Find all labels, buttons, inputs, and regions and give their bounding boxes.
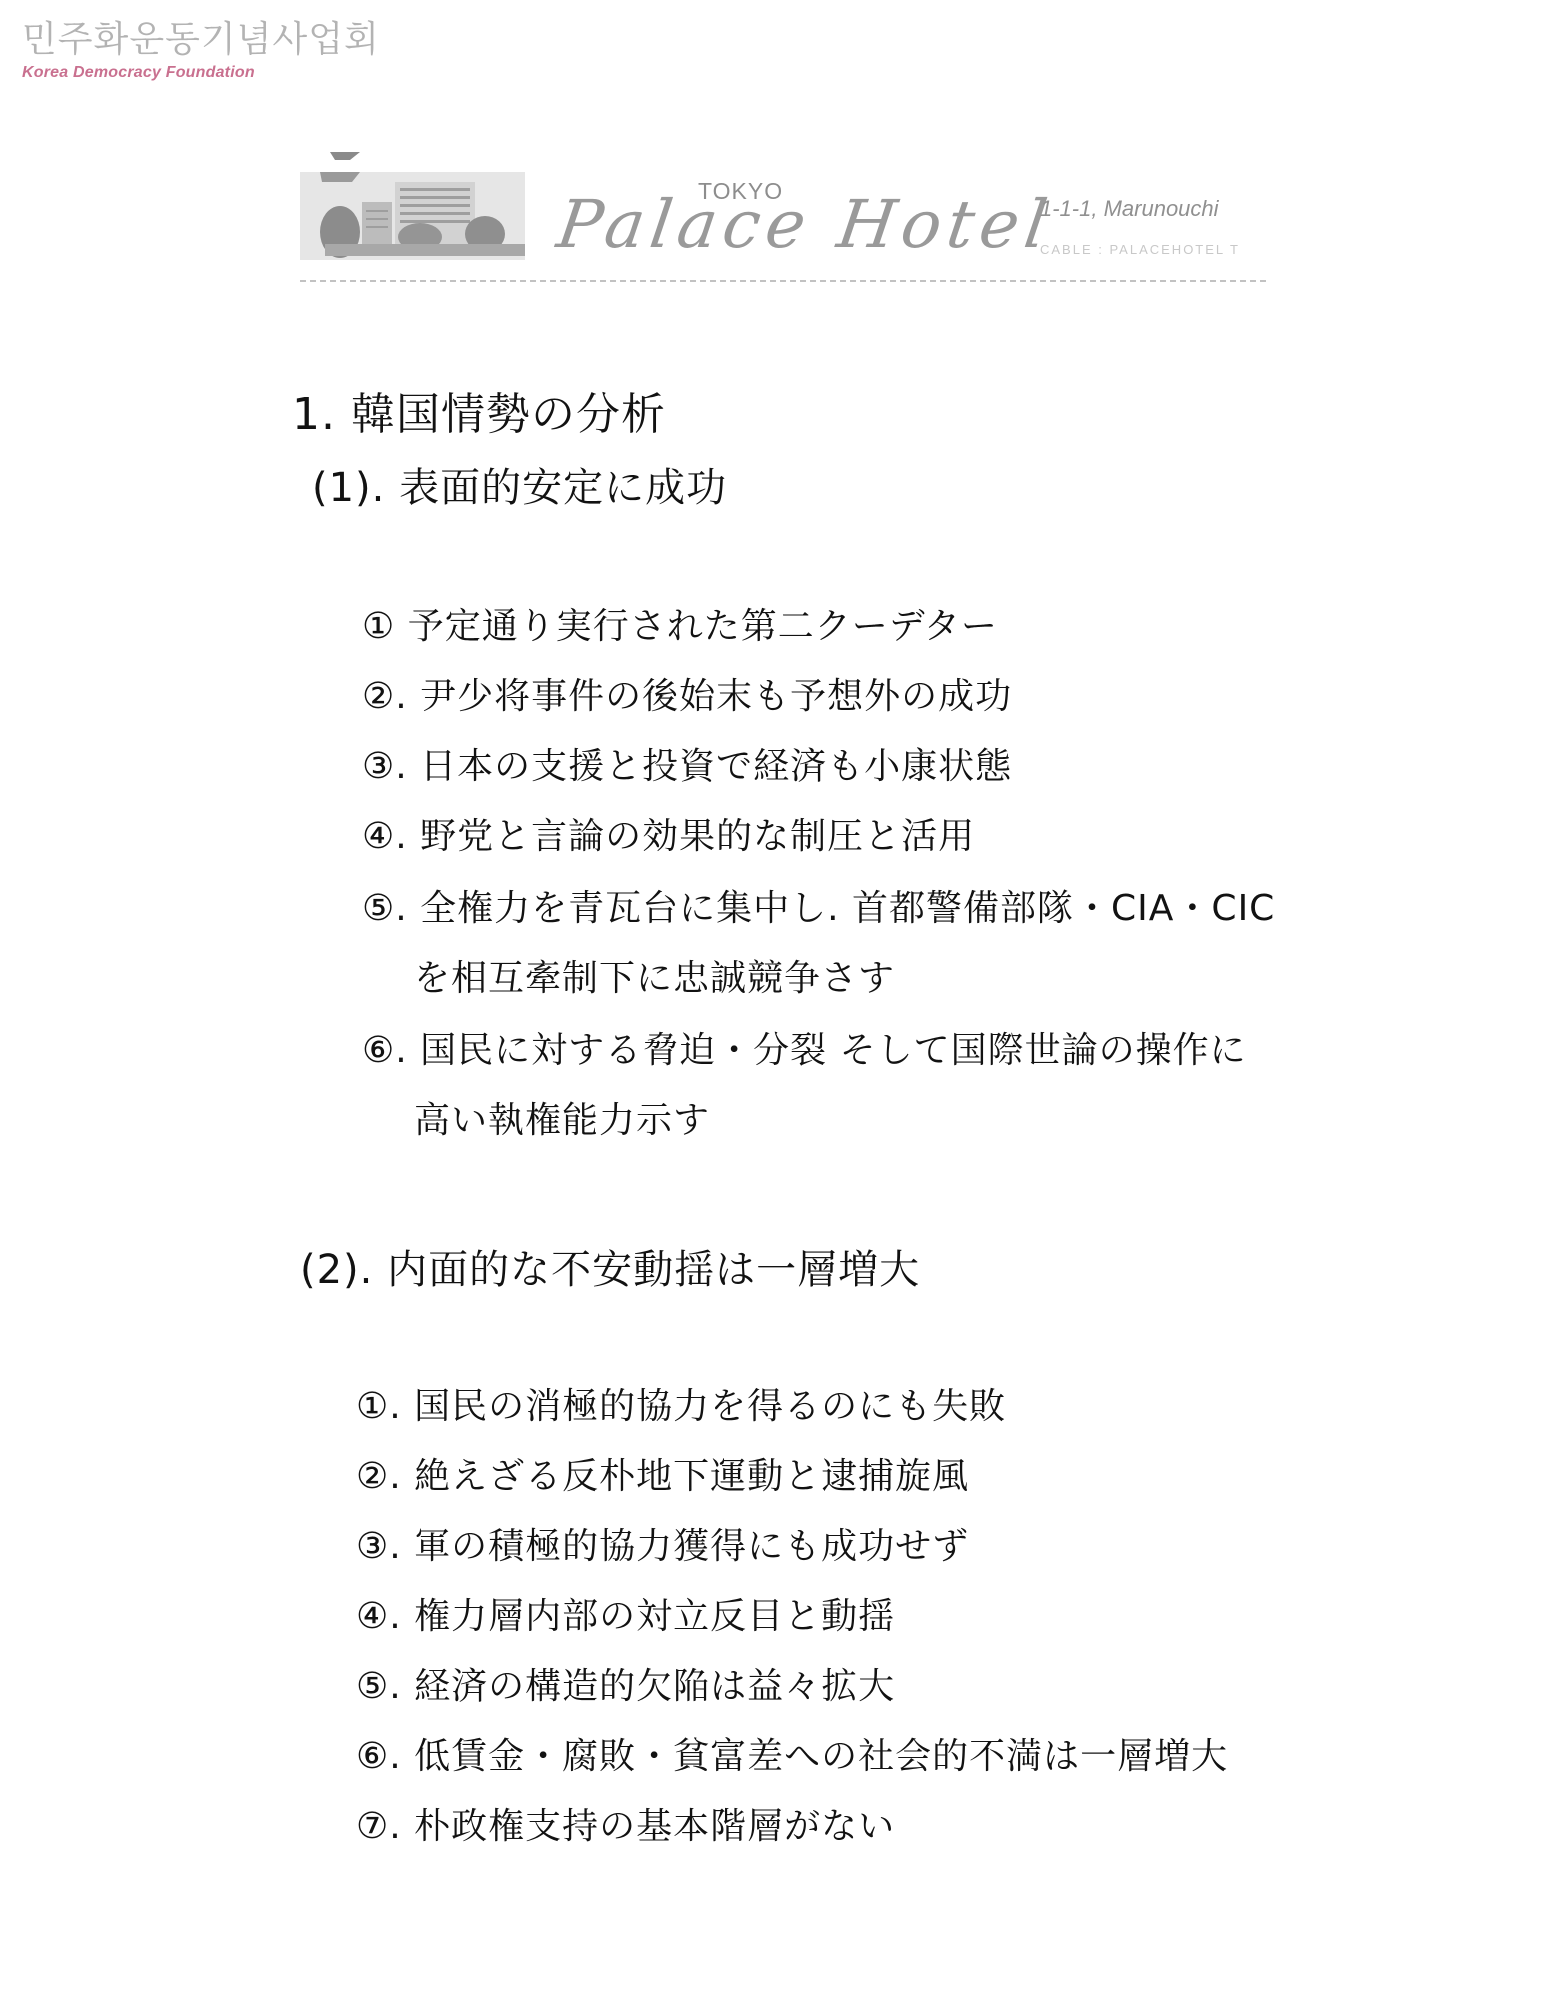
section-2-item-4: ④. 権力層内部の対立反目と動揺: [356, 1588, 895, 1639]
section-1-item-6-continuation: 高い執権能力示す: [414, 1092, 710, 1143]
hotel-letterhead: TOKYO Palace Hotel 1-1-1, Marunouchi CAB…: [300, 140, 1266, 286]
section-2-item-1: ①. 国民の消極的協力を得るのにも失敗: [356, 1378, 1006, 1429]
document-heading: 1. 韓国情勢の分析: [292, 378, 666, 442]
section-1-item-4: ④. 野党と言論の効果的な制圧と活用: [362, 808, 975, 859]
letterhead-divider: [300, 280, 1266, 282]
section-2-item-2: ②. 絶えざる反朴地下運動と逮捕旋風: [356, 1448, 969, 1499]
section-1-title: (1). 表面的安定に成功: [312, 456, 727, 513]
letterhead-address: 1-1-1, Marunouchi: [1040, 196, 1266, 222]
section-1-item-3: ③. 日本の支援と投資で経済も小康状態: [362, 738, 1012, 789]
section-1-item-2: ②. 尹少将事件の後始末も予想外の成功: [362, 668, 1012, 719]
section-2-item-6: ⑥. 低賃金・腐敗・貧富差への社会的不満は一層増大: [356, 1728, 1228, 1779]
section-2-item-3: ③. 軍の積極的協力獲得にも成功せず: [356, 1518, 969, 1569]
section-1-item-5: ⑤. 全権力を青瓦台に集中し. 首都警備部隊・CIA・CIC: [362, 880, 1275, 931]
letterhead-cable: CABLE : PALACEHOTEL T: [1040, 242, 1266, 257]
letterhead-hotel-name: Palace Hotel: [553, 186, 1058, 263]
foundation-watermark: 민주화운동기념사업회 Korea Democracy Foundation: [22, 18, 380, 83]
watermark-korean: 민주화운동기념사업회: [22, 18, 380, 62]
section-1-item-5-continuation: を相互牽制下に忠誠競争さす: [414, 950, 895, 1001]
section-2-title: (2). 内面的な不安動揺は一層増大: [300, 1238, 920, 1295]
section-1-item-6: ⑥. 国民に対する脅迫・分裂 そして国際世論の操作に: [362, 1022, 1247, 1073]
section-2-item-5: ⑤. 経済の構造的欠陥は益々拡大: [356, 1658, 895, 1709]
hotel-building-icon: [300, 152, 525, 260]
section-1-item-1: ① 予定通り実行された第二クーデター: [362, 598, 998, 649]
section-2-item-7: ⑦. 朴政権支持の基本階層がない: [356, 1798, 895, 1849]
watermark-english: Korea Democracy Foundation: [22, 63, 380, 83]
